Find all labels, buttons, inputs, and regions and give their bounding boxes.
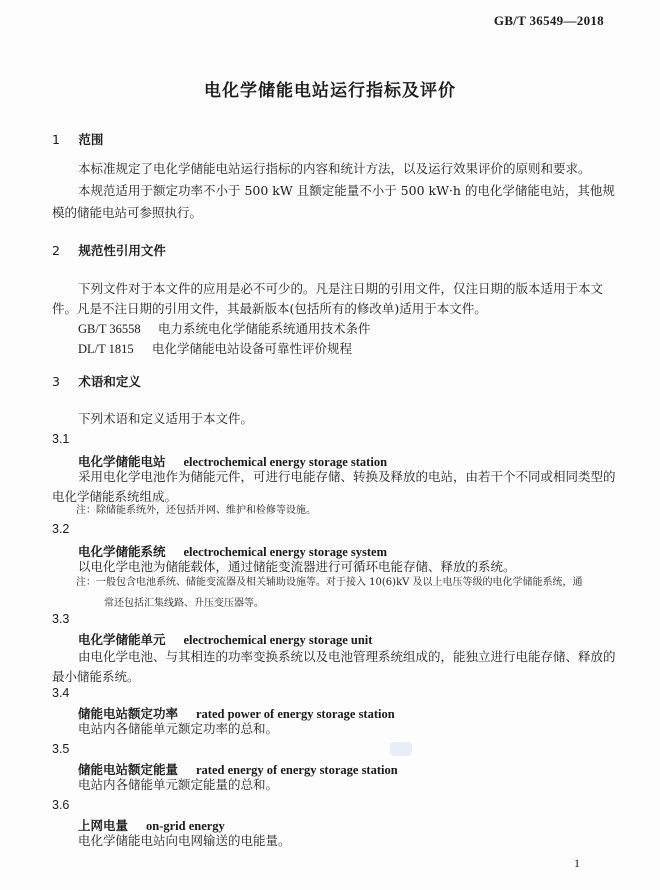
paragraph: 下列文件对于本文件的应用是必不可少的。凡是注日期的引用文件，仅注日期的版本适用于… [78, 278, 603, 300]
section-title: 范围 [78, 132, 103, 147]
standard-code: GB/T 36549—2018 [494, 13, 604, 29]
document-page: GB/T 36549—2018 电化学储能电站运行指标及评价 1 范围 本标准规… [0, 0, 660, 890]
definition: 由电化学电池、与其相连的功率变换系统以及电池管理系统组成的，能独立进行电能存储、… [78, 646, 616, 668]
definition: 采用电化学电池作为储能元件，可进行电能存储、转换及释放的电站，由若干个不同或相同… [78, 466, 616, 488]
section-number: 3 [52, 374, 74, 389]
reference-title: 电力系统电化学储能系统通用技术条件 [158, 321, 371, 336]
definition: 最小储能系统。 [52, 666, 140, 688]
clause-number: 3.4 [52, 686, 69, 700]
reference-item: GB/T 36558 电力系统电化学储能系统通用技术条件 [78, 318, 371, 340]
reference-code: DL/T 1815 [78, 338, 148, 360]
document-title: 电化学储能电站运行指标及评价 [0, 76, 660, 101]
clause-number: 3.1 [52, 432, 69, 446]
section-number: 1 [52, 132, 74, 147]
clause-number: 3.6 [52, 798, 69, 812]
reference-title: 电化学储能电站设备可靠性评价规程 [152, 341, 352, 356]
section-title: 术语和定义 [78, 374, 141, 389]
clause-number: 3.5 [52, 742, 69, 756]
clause-number: 3.3 [52, 612, 69, 626]
reference-code: GB/T 36558 [78, 318, 154, 340]
section-1-heading: 1 范围 [52, 130, 103, 148]
paragraph: 本规范适用于额定功率不小于 500 kW 且额定能量不小于 500 kW·h 的… [78, 180, 615, 202]
definition: 电站内各储能单元额定功率的总和。 [78, 718, 278, 740]
term-zh: 电化学储能单元 [78, 632, 166, 647]
section-title: 规范性引用文件 [78, 243, 166, 258]
note: 注：除储能系统外，还包括并网、维护和检修等设施。 [76, 502, 316, 520]
definition: 电站内各储能单元额定能量的总和。 [78, 774, 278, 796]
clause-number: 3.2 [52, 522, 69, 536]
paragraph: 件。凡是不注日期的引用文件，其最新版本(包括所有的修改单)适用于本文件。 [52, 298, 487, 320]
section-2-heading: 2 规范性引用文件 [52, 241, 166, 259]
paragraph: 下列术语和定义适用于本文件。 [78, 408, 253, 430]
note: 常还包括汇集线路、升压变压器等。 [104, 594, 264, 609]
reference-item: DL/T 1815 电化学储能电站设备可靠性评价规程 [78, 338, 352, 360]
definition: 电化学储能电站向电网输送的电能量。 [78, 830, 291, 852]
scan-smudge [390, 742, 412, 756]
section-3-heading: 3 术语和定义 [52, 372, 141, 390]
term-en: electrochemical energy storage unit [184, 633, 373, 647]
page-number: 1 [574, 856, 580, 871]
section-number: 2 [52, 243, 74, 258]
note: 注：一般包含电池系统、储能变流器及相关辅助设施等。对于接入 10(6)kV 及以… [76, 574, 583, 592]
paragraph: 本标准规定了电化学储能电站运行指标的内容和统计方法，以及运行效果评价的原则和要求… [78, 158, 591, 180]
paragraph: 模的储能电站可参照执行。 [52, 202, 202, 224]
